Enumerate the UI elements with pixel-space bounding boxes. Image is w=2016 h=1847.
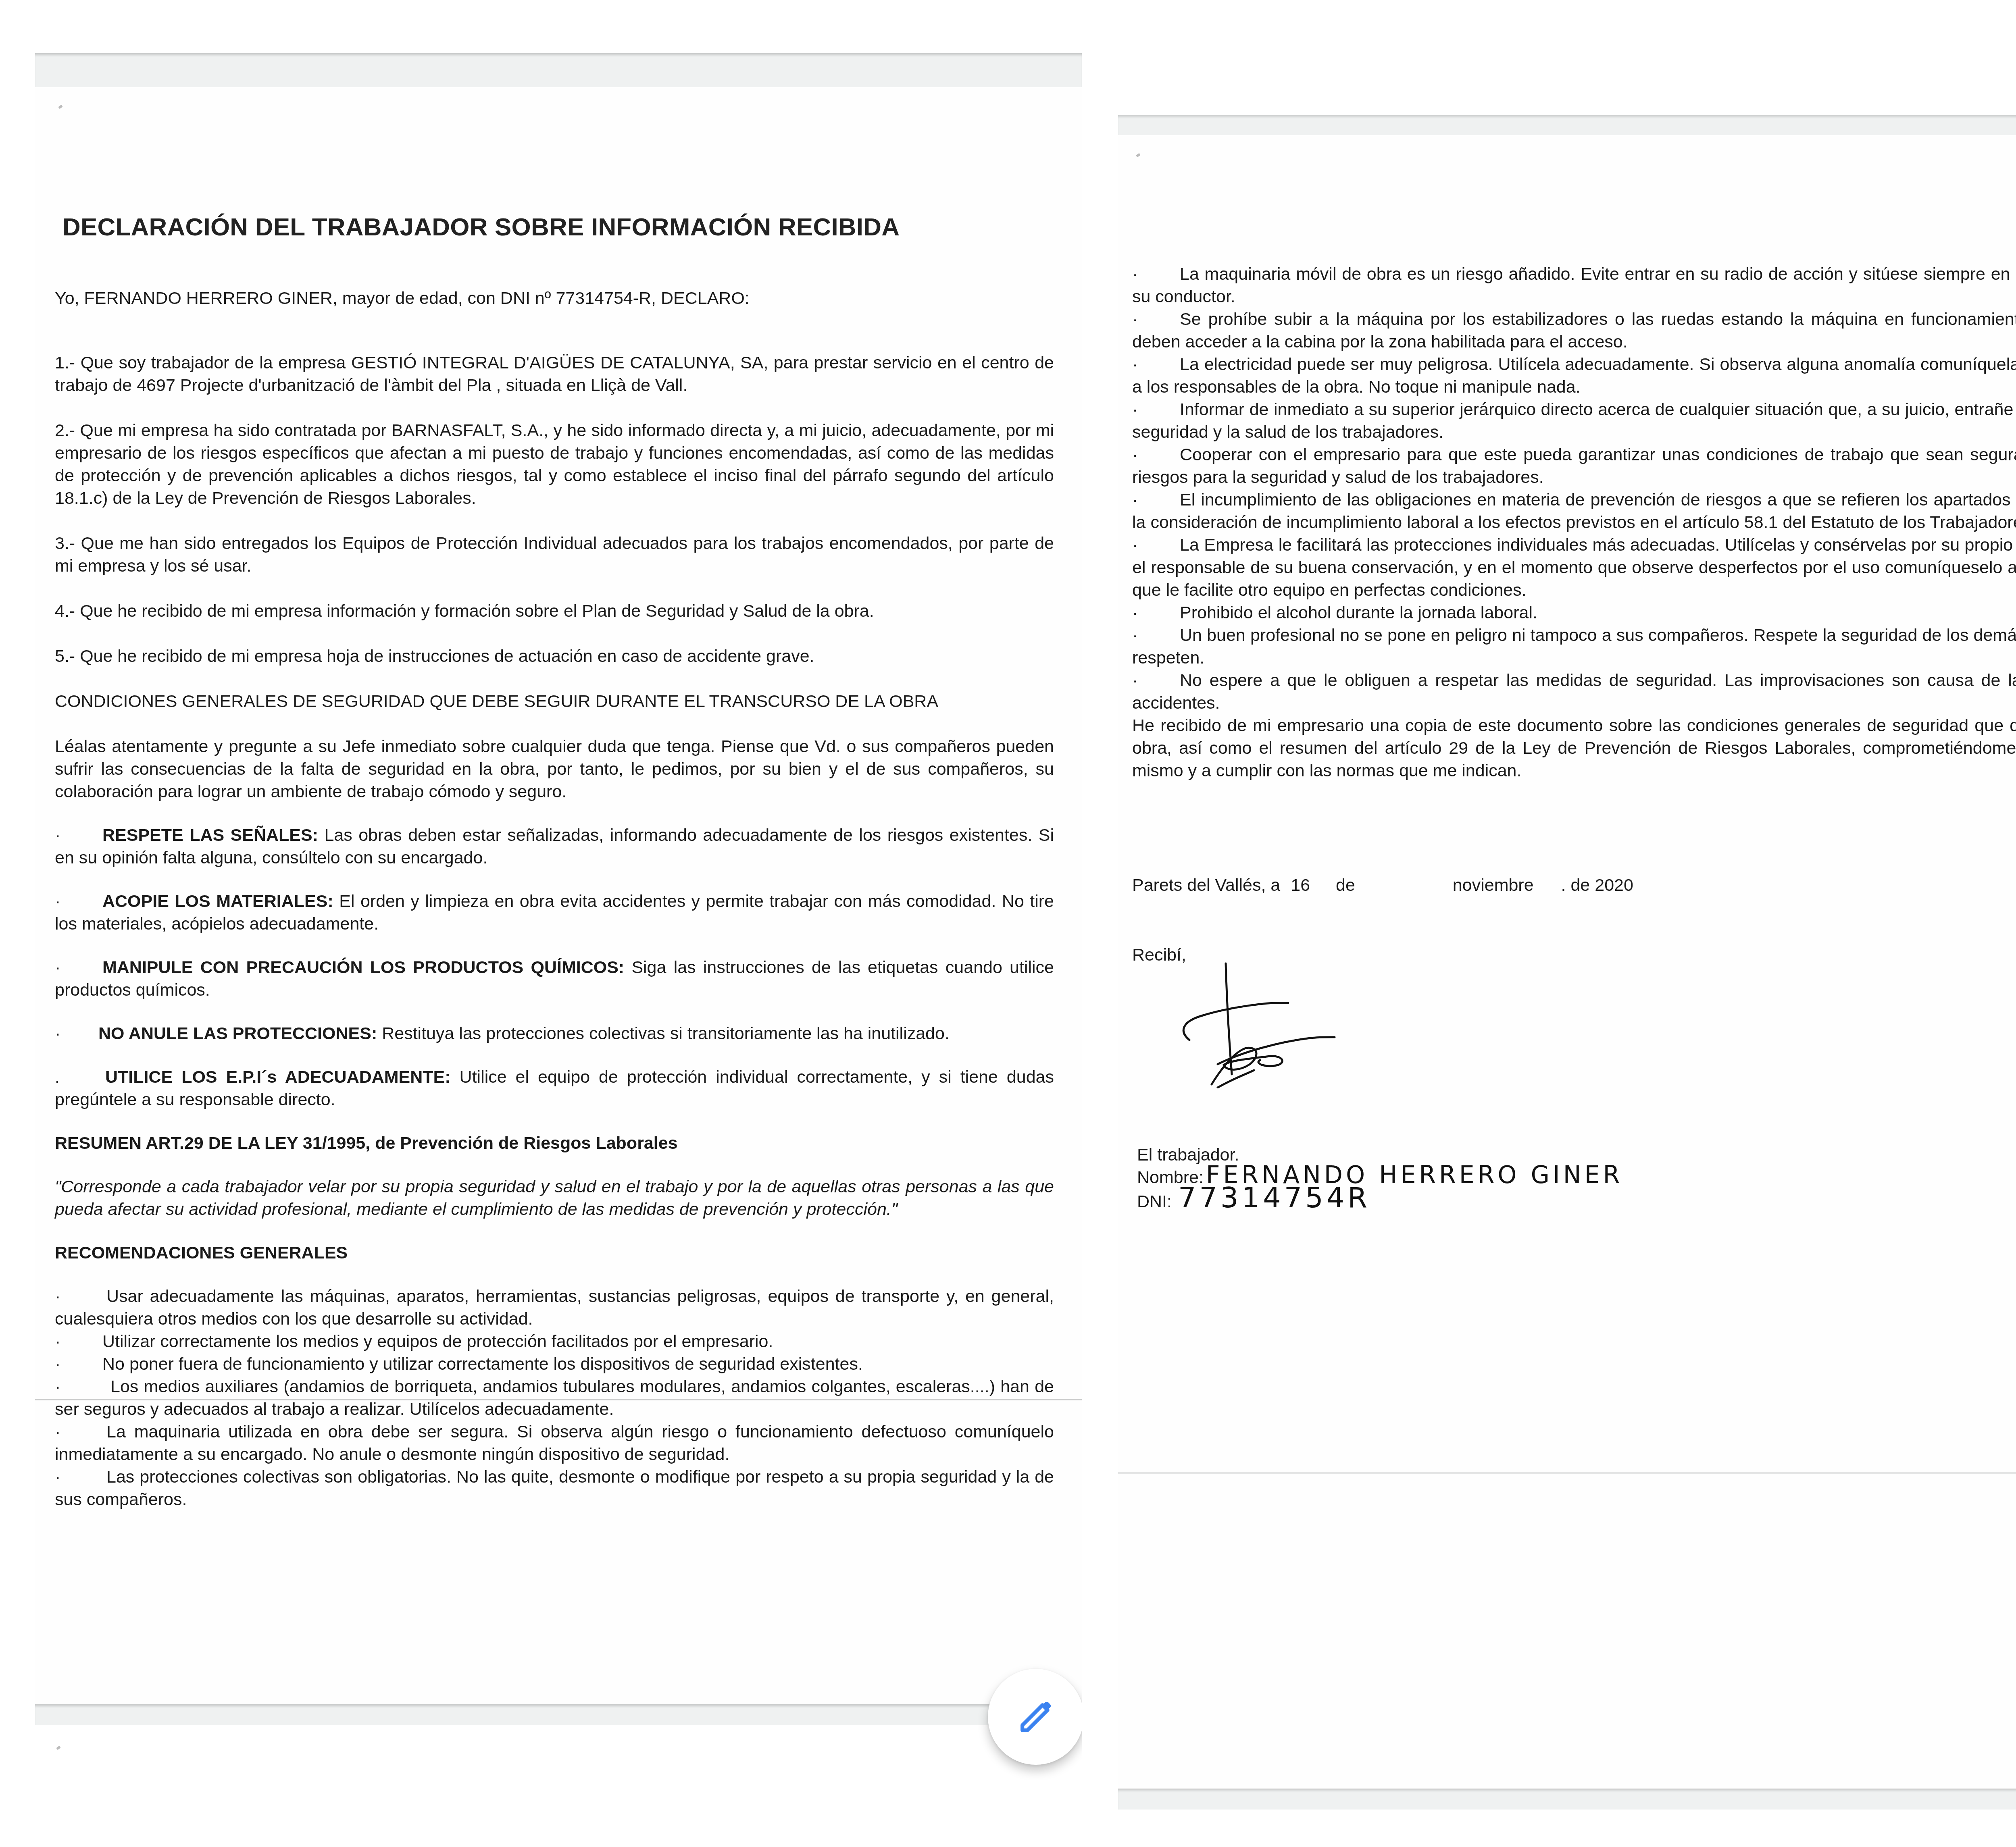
recommendation-item: ·La maquinaria móvil de obra es un riesg… [1132,263,2016,308]
signature-icon [1177,959,1427,1088]
date-year: . de 2020 [1561,876,1633,895]
receipt-statement: He recibido de mi empresario una copia d… [1132,714,2016,782]
summary-heading: RESUMEN ART.29 DE LA LEY 31/1995, de Pre… [55,1132,1054,1154]
declaration-4: 4.- Que he recibido de mi empresa inform… [55,600,1054,622]
recommendation-item: ·La maquinaria utilizada en obra debe se… [55,1421,1054,1466]
date-month: noviembre [1453,876,1534,895]
right-viewer-top-bar [1118,115,2016,135]
scroll-indicator-icon [56,1746,61,1750]
summary-quote: "Corresponde a cada trabajador velar por… [55,1175,1054,1221]
handwritten-dni: 77314754R [1178,1181,1370,1214]
left-viewer-top-bar [35,53,1082,87]
dni-row: DNI:77314754R [1137,1188,1623,1212]
right-page-body: ·La maquinaria móvil de obra es un riesg… [1132,263,2016,782]
page-title: DECLARACIÓN DEL TRABAJADOR SOBRE INFORMA… [62,213,900,241]
declaration-1: 1.- Que soy trabajador de la empresa GES… [55,352,1054,397]
left-page-body: Yo, FERNANDO HERRERO GINER, mayor de eda… [55,287,1054,1511]
recommendation-item: ·Prohibido el alcohol durante la jornada… [1132,601,2016,624]
recommendation-item: ·La Empresa le facilitará las proteccion… [1132,534,2016,601]
recommendation-item: ·Un buen profesional no se pone en pelig… [1132,624,2016,669]
left-fab-clip [968,1653,1082,1847]
recommendation-item: ·Se prohíbe subir a la máquina por los e… [1132,308,2016,353]
condition-item: ·NO ANULE LAS PROTECCIONES: Restituya la… [55,1022,1054,1045]
worker-signature-block: El trabajador. Nombre:FERNANDO HERRERO G… [1137,1145,1623,1212]
condition-item: ·RESPETE LAS SEÑALES: Las obras deben es… [55,824,1054,869]
condition-item: ·MANIPULE CON PRECAUCIÓN LOS PRODUCTOS Q… [55,956,1054,1001]
recommendation-item: ·Cooperar con el empresario para que est… [1132,443,2016,489]
right-page-separator [1118,1472,2016,1474]
recommendation-item: ·No poner fuera de funcionamiento y util… [55,1353,1054,1375]
declaration-5: 5.- Que he recibido de mi empresa hoja d… [55,645,1054,668]
recommendation-item: ·Informar de inmediato a su superior jer… [1132,398,2016,443]
condition-item: .UTILICE LOS E.P.I´s ADECUADAMENTE: Util… [55,1066,1054,1111]
date-day: 16 [1291,876,1310,895]
declaration-2: 2.- Que mi empresa ha sido contratada po… [55,419,1054,510]
recommendations-heading: RECOMENDACIONES GENERALES [55,1242,1054,1264]
declaration-3: 3.- Que me han sido entregados los Equip… [55,532,1054,577]
page-stitch-divider [35,1399,1082,1400]
recommendation-item: ·Los medios auxiliares (andamios de borr… [55,1375,1054,1421]
pencil-icon [1016,1697,1056,1737]
intro-paragraph: Yo, FERNANDO HERRERO GINER, mayor de eda… [55,287,1054,310]
date-line: Parets del Vallés, a 16 de noviembre . d… [1132,876,1633,895]
right-viewer-bottom-bar [1118,1789,2016,1810]
recommendation-item: ·Las protecciones colectivas son obligat… [55,1466,1054,1511]
conditions-intro: Léalas atentamente y pregunte a su Jefe … [55,735,1054,803]
condition-item: ·ACOPIE LOS MATERIALES: El orden y limpi… [55,890,1054,935]
recommendation-item: ·El incumplimiento de las obligaciones e… [1132,489,2016,534]
recommendation-item: ·La electricidad puede ser muy peligrosa… [1132,353,2016,398]
left-viewer-bottom-bar [35,1704,1047,1725]
conditions-heading: CONDICIONES GENERALES DE SEGURIDAD QUE D… [55,690,1054,713]
date-de: de [1336,876,1355,895]
recommendation-item: ·Usar adecuadamente las máquinas, aparat… [55,1285,1054,1330]
recommendation-item: ·No espere a que le obliguen a respetar … [1132,669,2016,714]
date-place: Parets del Vallés, a [1132,876,1280,895]
edit-button[interactable] [988,1669,1082,1765]
recommendation-item: ·Utilizar correctamente los medios y equ… [55,1330,1054,1353]
